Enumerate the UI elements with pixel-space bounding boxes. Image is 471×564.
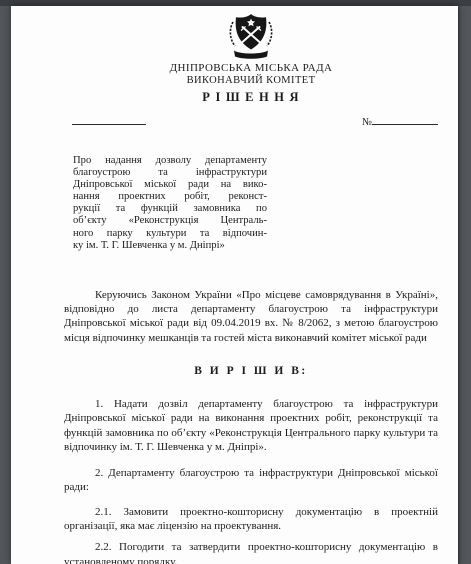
document-number-field: №	[362, 114, 438, 128]
resolution-item-1: 1. Надати дозвіл департаменту благоустро…	[64, 397, 438, 454]
resolution-item-2: 2. Департаменту благоустрою та інфрастру…	[64, 466, 438, 495]
document-type-heading: Р І Ш Е Н Н Я	[64, 90, 438, 105]
committee-name: ВИКОНАВЧИЙ КОМІТЕТ	[64, 75, 438, 86]
city-coat-of-arms-icon	[224, 13, 278, 59]
title-line: ку ім. Т. Г. Шевченка у м. Дніпрі»	[73, 240, 267, 252]
document-viewer-background: ДНІПРОВСЬКА МІСЬКА РАДА ВИКОНАВЧИЙ КОМІТ…	[0, 0, 471, 564]
preamble-paragraph: Керуючись Законом України «Про місцеве с…	[64, 288, 438, 345]
number-label: №	[362, 117, 372, 128]
council-name: ДНІПРОВСЬКА МІСЬКА РАДА	[64, 62, 438, 74]
title-line: благоустрою та інфраструктури	[73, 167, 267, 179]
decision-title: Про надання дозволу департаменту благоус…	[73, 155, 267, 252]
title-line: рукції та функцій замовника по	[73, 203, 267, 215]
title-line: об’єкту «Реконструкція Централь-	[73, 215, 267, 227]
title-line: нання проектних робіт, реконст-	[73, 191, 267, 203]
resolution-item-2-1: 2.1. Замовити проектно-кошторисну докуме…	[64, 505, 438, 534]
resolution-item-2-2: 2.2. Погодити та затвердити проектно-кош…	[64, 540, 438, 564]
date-blank-line	[72, 124, 146, 125]
title-line: Про надання дозволу департаменту	[73, 155, 267, 167]
resolved-heading: В И Р І Ш И В:	[64, 365, 438, 377]
number-blank-line	[372, 114, 438, 125]
title-line: ного парку культури та відпочин-	[73, 228, 267, 240]
title-line: Дніпровської міської ради на вико-	[73, 179, 267, 191]
document-page: ДНІПРОВСЬКА МІСЬКА РАДА ВИКОНАВЧИЙ КОМІТ…	[11, 6, 458, 564]
reference-line-row: №	[64, 113, 438, 128]
